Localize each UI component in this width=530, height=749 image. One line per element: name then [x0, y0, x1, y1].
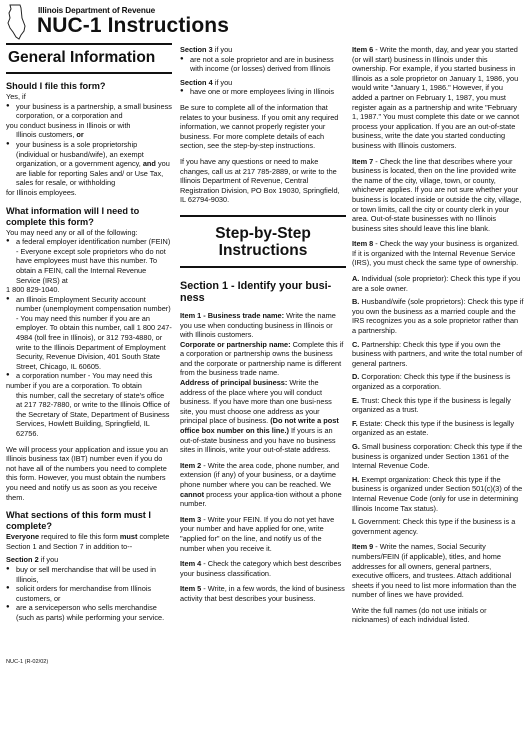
item-7: Item 7 - Check the line that describes w… — [352, 157, 524, 234]
section-2-list: buy or sell merchandise that will be use… — [6, 565, 172, 623]
section-3-label: Section 3 if you — [180, 45, 346, 55]
full-names-note: Write the full names (do not use initial… — [352, 606, 524, 625]
what-sections-heading: What sections of this form must I comple… — [6, 510, 172, 532]
item-2: Item 2 - Write the area code, phone numb… — [180, 461, 346, 509]
item-3: Item 3 - Write your FEIN. If you do not … — [180, 515, 346, 553]
section-4-label: Section 4 if you — [180, 78, 346, 88]
corporate-name: Corporate or partnership name: Complete … — [180, 340, 346, 378]
form-revision-id: NUC-1 (R-02/02) — [6, 658, 48, 668]
column-middle: Section 3 if you are not a sole propriet… — [180, 45, 346, 604]
ownership-type-f: F. Estate: Check this type if the busine… — [352, 419, 524, 438]
list-item: your business is a partnership, a small … — [6, 102, 172, 140]
list-item: have one or more employees living in Ill… — [180, 87, 346, 97]
should-file-heading: Should I file this form? — [6, 81, 172, 92]
item-9: Item 9 - Write the names, Social Securit… — [352, 542, 524, 600]
general-information-title: General Information — [8, 49, 172, 67]
should-file-list: your business is a partnership, a small … — [6, 102, 172, 198]
step-by-step-title: Step-by-Step Instructions — [180, 217, 346, 266]
what-info-closing: We will process your application and iss… — [6, 445, 172, 503]
ownership-type-d: D. Corporation: Check this type if the b… — [352, 372, 524, 391]
divider-top — [180, 215, 346, 217]
item-1: Item 1 - Business trade name: Write the … — [180, 311, 346, 340]
what-info-heading: What information will I need to complete… — [6, 206, 172, 228]
what-info-list: a federal employer identification number… — [6, 237, 172, 438]
what-info-intro: You may need any or all of the following… — [6, 228, 172, 238]
ownership-type-e: E. Trust: Check this type if the busines… — [352, 396, 524, 415]
section-2-label: Section 2 if you — [6, 555, 172, 565]
section-4-list: have one or more employees living in Ill… — [180, 87, 346, 97]
principal-address: Address of principal business: Write the… — [180, 378, 346, 455]
list-item: are not a sole proprietor and are in bus… — [180, 55, 346, 74]
list-item: a federal employer identification number… — [6, 237, 172, 295]
divider-top — [6, 43, 172, 45]
section-1-heading: Section 1 - Identify your busi-ness — [180, 280, 346, 305]
document-title: NUC-1 Instructions — [37, 14, 229, 38]
ownership-type-i: I. Government: Check this type if the bu… — [352, 517, 524, 536]
section-3-list: are not a sole proprietor and are in bus… — [180, 55, 346, 74]
illinois-state-outline-icon — [6, 4, 28, 40]
item-6: Item 6 - Write the month, day, and year … — [352, 45, 524, 151]
ownership-type-h: H. Exempt organization: Check this type … — [352, 475, 524, 513]
list-item: are a serviceperson who sells merchandis… — [6, 603, 172, 622]
divider-bottom — [180, 266, 346, 268]
should-file-intro: Yes, if — [6, 92, 172, 102]
list-item: solicit orders for merchandise from Illi… — [6, 584, 172, 603]
item-8: Item 8 - Check the way your business is … — [352, 239, 524, 268]
list-item: your business is a sole proprietorship (… — [6, 140, 172, 198]
list-item: buy or sell merchandise that will be use… — [6, 565, 172, 584]
divider-bottom — [6, 72, 172, 74]
ownership-type-a: A. Individual (sole proprietor): Check t… — [352, 274, 524, 293]
ownership-type-b: B. Husband/wife (sole proprietors): Chec… — [352, 297, 524, 335]
column-general-information: General Information Should I file this f… — [6, 43, 172, 623]
what-sections-intro: Everyone required to file this form must… — [6, 532, 172, 551]
ownership-type-c: C. Partnership: Check this type if you o… — [352, 340, 524, 369]
questions-paragraph: If you have any questions or need to mak… — [180, 157, 346, 205]
be-sure-paragraph: Be sure to complete all of the informati… — [180, 103, 346, 151]
item-5: Item 5 - Write, in a few words, the kind… — [180, 584, 346, 603]
ownership-type-g: G. Small business corporation: Check thi… — [352, 442, 524, 471]
column-right: Item 6 - Write the month, day, and year … — [352, 45, 524, 625]
list-item: an Illinois Employment Security account … — [6, 295, 172, 372]
list-item: a corporation number - You may need this… — [6, 371, 172, 438]
item-4: Item 4 - Check the category which best d… — [180, 559, 346, 578]
